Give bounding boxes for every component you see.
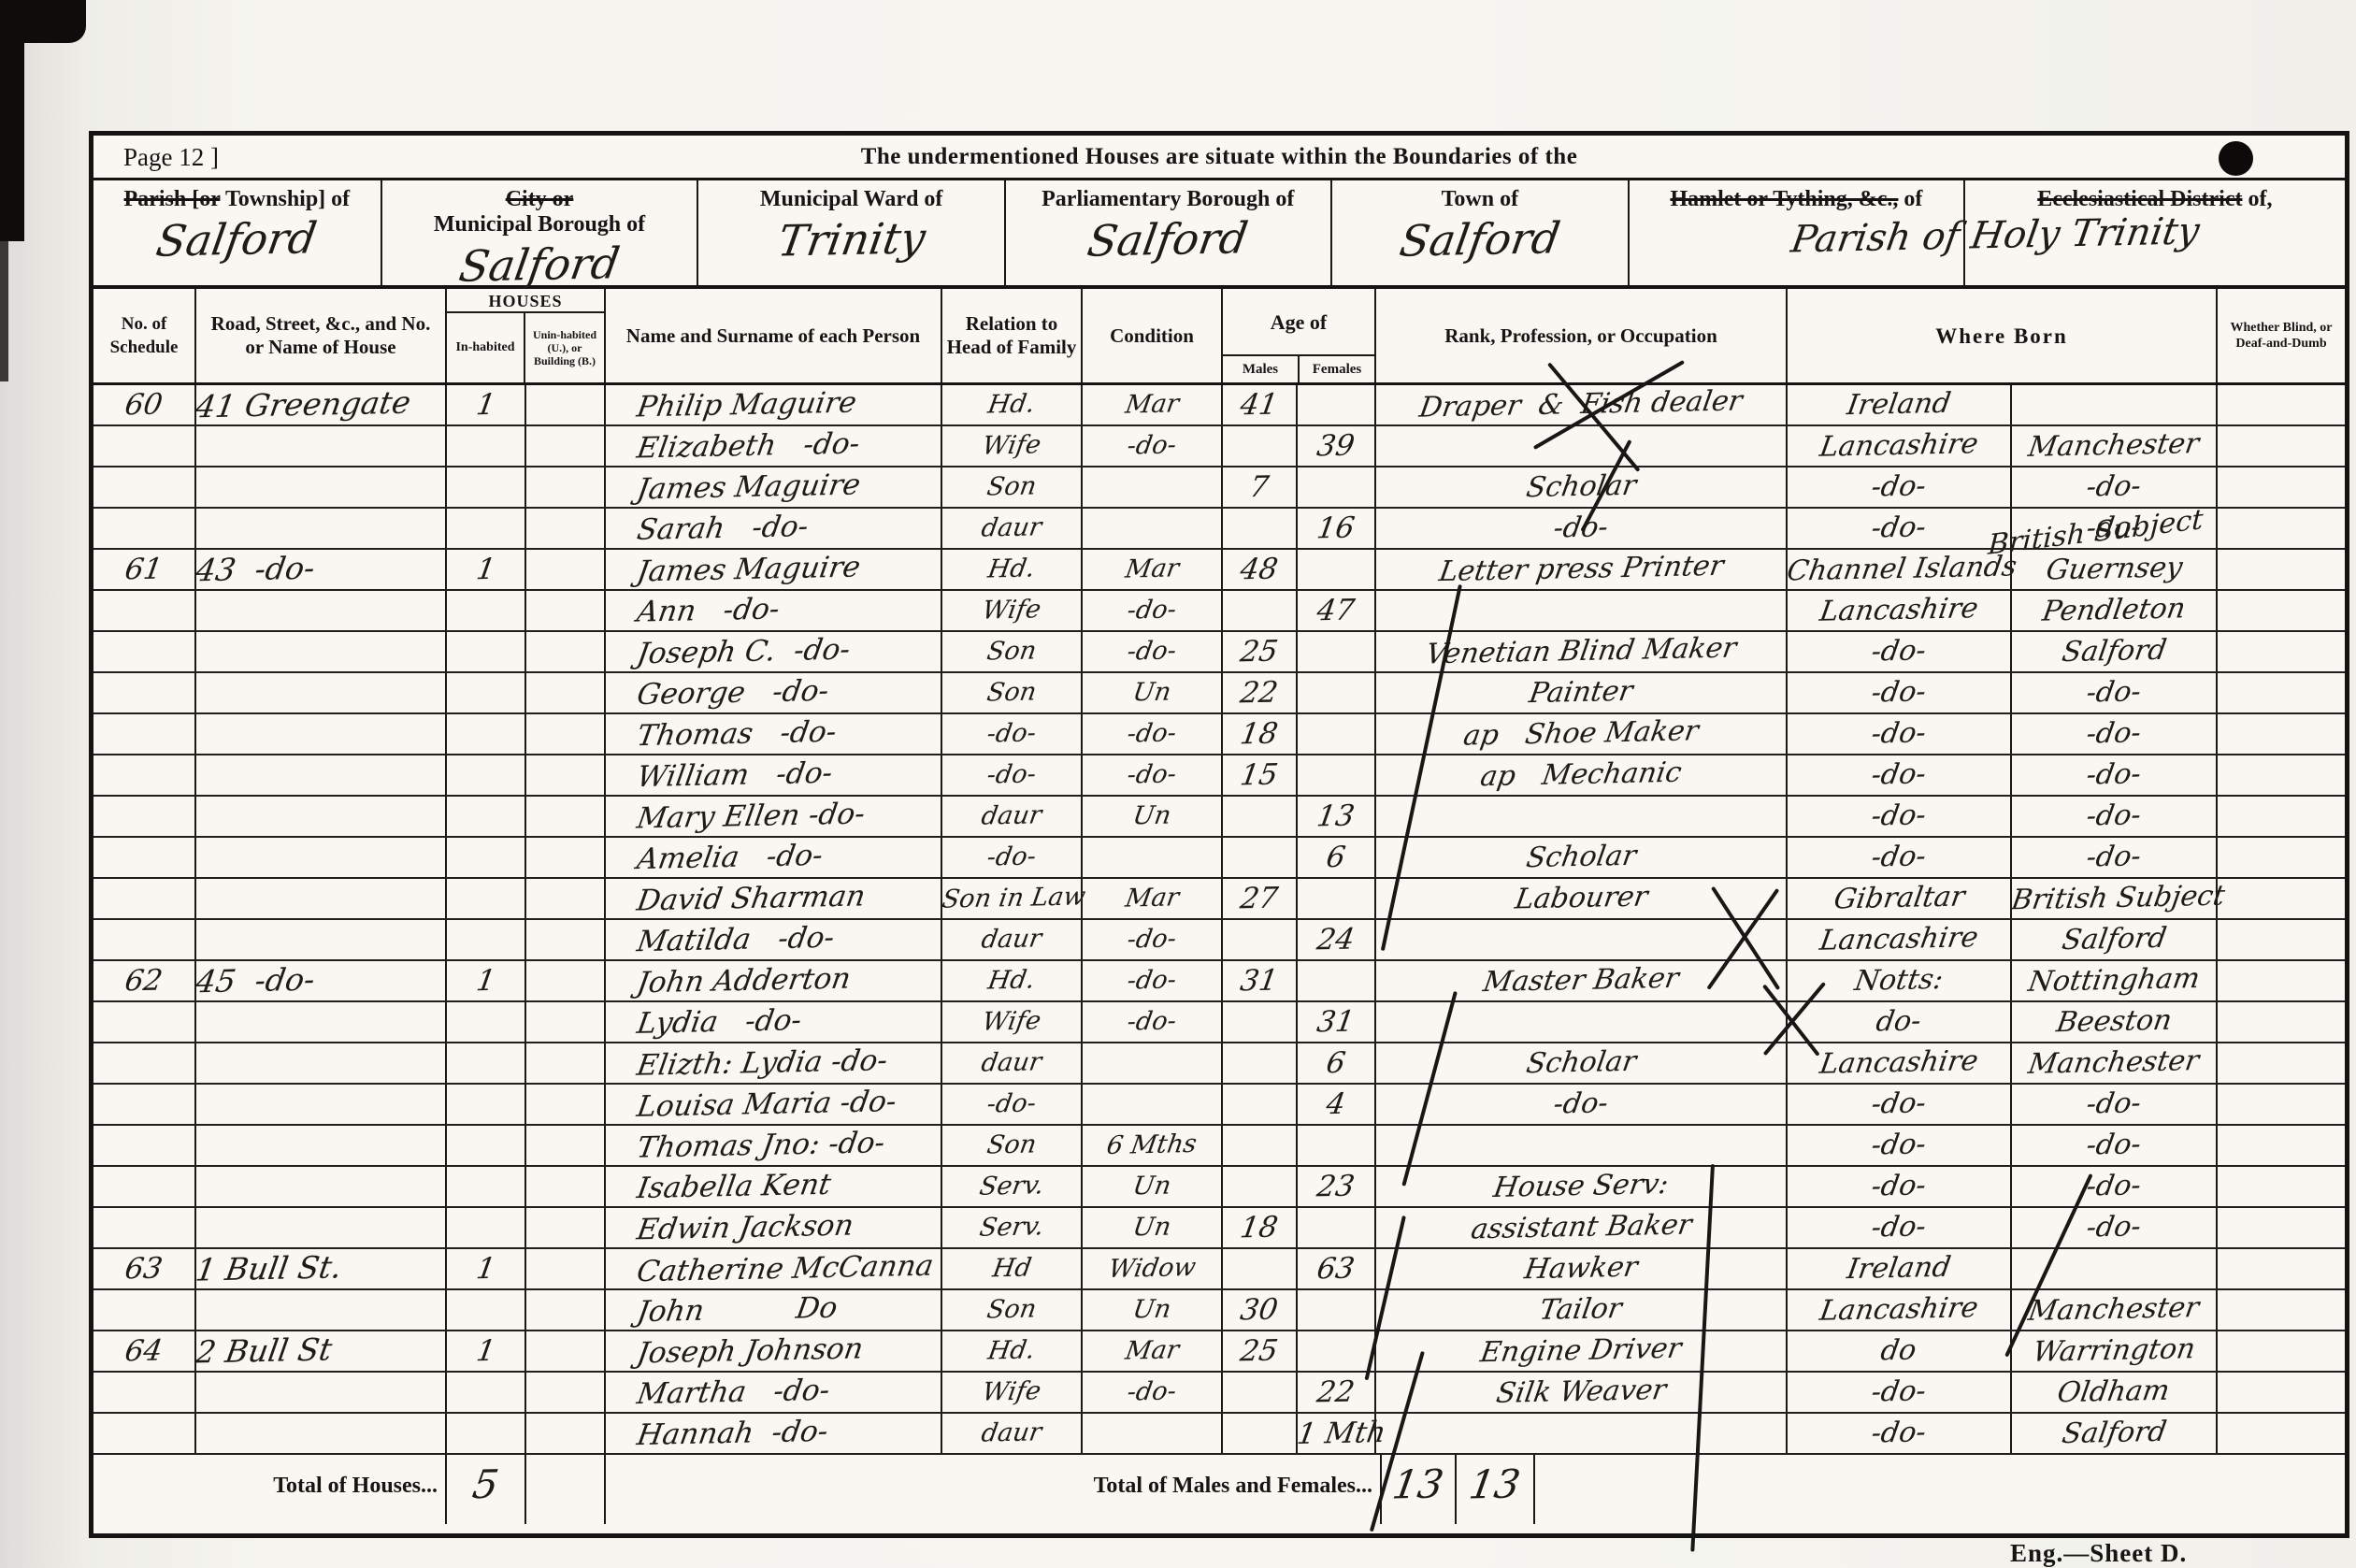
- male-age-cell: [1223, 1249, 1298, 1288]
- born-county-cell: Ireland: [1788, 385, 2012, 424]
- condition-cell: [1083, 1043, 1223, 1083]
- female-age-cell: [1298, 632, 1376, 671]
- blind-deaf-cell: [2218, 920, 2345, 959]
- uninhabited-cell: [526, 1043, 606, 1083]
- born-place-cell: Manchester: [2012, 426, 2218, 466]
- schedule-cell: [93, 714, 196, 754]
- table-row: James Maguire Son 7 Scholar -do- -do-: [93, 468, 2345, 509]
- relation-cell: Hd.: [942, 550, 1083, 589]
- uninhabited-cell: [526, 385, 606, 424]
- occupation-cell: Tailor: [1376, 1290, 1788, 1330]
- blind-deaf-cell: [2218, 1290, 2345, 1330]
- street-cell: [196, 838, 447, 877]
- name-cell: Louisa Maria -do-: [606, 1085, 942, 1124]
- district-borough: City orMunicipal Borough of Salford: [382, 180, 699, 285]
- col-where-born: Where Born: [1788, 289, 2218, 382]
- district-label: Hamlet or Tything, &c., of: [1630, 187, 1963, 212]
- table-row: William -do- -do- -do- 15 ap Mechanic -d…: [93, 755, 2345, 797]
- male-age-cell: [1223, 1043, 1298, 1083]
- name-cell: Ann -do-: [606, 591, 942, 630]
- condition-cell: -do-: [1083, 632, 1223, 671]
- totals-row: Total of Houses... 5 Total of Males and …: [93, 1455, 2345, 1524]
- name-cell: Edwin Jackson: [606, 1208, 942, 1247]
- houses-subcolumns: In-habited Unin-habited (U.), or Buildin…: [447, 313, 604, 382]
- blind-deaf-cell: [2218, 591, 2345, 630]
- condition-cell: Un: [1083, 797, 1223, 836]
- street-cell: 45 -do-: [196, 961, 447, 1000]
- table-row: 63 1 Bull St. 1 Catherine McCanna Hd Wid…: [93, 1249, 2345, 1290]
- blind-deaf-cell: [2218, 797, 2345, 836]
- born-place-cell: -do-: [2012, 1126, 2218, 1165]
- uninhabited-cell: [526, 1167, 606, 1206]
- total-females-value: 13: [1457, 1455, 1535, 1524]
- name-cell: John Adderton: [606, 961, 942, 1000]
- relation-cell: Wife: [942, 1002, 1083, 1042]
- table-row: Elizabeth -do- Wife -do- 39 Lancashire M…: [93, 426, 2345, 468]
- census-sheet: Page 12 ] The undermentioned Houses are …: [89, 131, 2349, 1538]
- occupation-cell: Hawker: [1376, 1249, 1788, 1288]
- born-place-cell: [2012, 385, 2218, 424]
- schedule-cell: [93, 1085, 196, 1124]
- female-age-cell: [1298, 961, 1376, 1000]
- born-place-cell: -do-: [2012, 673, 2218, 712]
- born-county-cell: Lancashire: [1788, 1290, 2012, 1330]
- male-age-cell: [1223, 509, 1298, 548]
- houses-label: HOUSES: [447, 289, 604, 313]
- male-age-cell: 48: [1223, 550, 1298, 589]
- condition-cell: Un: [1083, 1290, 1223, 1330]
- table-row: Louisa Maria -do- -do- 4 -do- -do- -do-: [93, 1085, 2345, 1126]
- inhabited-cell: [447, 1167, 526, 1206]
- female-age-cell: 16: [1298, 509, 1376, 548]
- uninhabited-cell: [526, 673, 606, 712]
- schedule-cell: 60: [93, 385, 196, 424]
- inhabited-cell: [447, 1414, 526, 1453]
- district-value: Salford: [382, 239, 697, 290]
- schedule-cell: [93, 591, 196, 630]
- name-cell: David Sharman: [606, 879, 942, 918]
- ink-blot: [2219, 141, 2253, 176]
- born-county-cell: -do-: [1788, 714, 2012, 754]
- born-place-cell: -do-: [2012, 468, 2218, 507]
- uninhabited-cell: [526, 591, 606, 630]
- blind-deaf-cell: [2218, 1331, 2345, 1371]
- table-row: 62 45 -do- 1 John Adderton Hd. -do- 31 M…: [93, 961, 2345, 1002]
- schedule-cell: [93, 1167, 196, 1206]
- schedule-cell: 63: [93, 1249, 196, 1288]
- table-row: David Sharman Son in Law Mar 27 Labourer…: [93, 879, 2345, 920]
- condition-cell: -do-: [1083, 591, 1223, 630]
- street-cell: [196, 797, 447, 836]
- occupation-cell: [1376, 1414, 1788, 1453]
- street-cell: 2 Bull St: [196, 1331, 447, 1371]
- name-cell: Lydia -do-: [606, 1002, 942, 1042]
- occupation-cell: ap Shoe Maker: [1376, 714, 1788, 754]
- female-age-cell: [1298, 1126, 1376, 1165]
- schedule-cell: [93, 1002, 196, 1042]
- district-value: Parish of Holy Trinity: [1965, 214, 2345, 257]
- name-cell: Elizabeth -do-: [606, 426, 942, 466]
- relation-cell: daur: [942, 797, 1083, 836]
- scan-corner-artifact: [0, 0, 86, 43]
- blind-deaf-cell: [2218, 755, 2345, 795]
- district-value: Salford: [93, 214, 381, 265]
- condition-cell: Mar: [1083, 1331, 1223, 1371]
- blind-deaf-cell: [2218, 468, 2345, 507]
- inhabited-cell: 1: [447, 385, 526, 424]
- inhabited-cell: [447, 797, 526, 836]
- male-age-cell: [1223, 838, 1298, 877]
- blind-deaf-cell: [2218, 385, 2345, 424]
- female-age-cell: 24: [1298, 920, 1376, 959]
- age-label: Age of: [1223, 289, 1374, 354]
- relation-cell: Son: [942, 468, 1083, 507]
- inhabited-cell: [447, 426, 526, 466]
- born-county-cell: -do-: [1788, 1208, 2012, 1247]
- street-cell: [196, 1002, 447, 1042]
- schedule-cell: [93, 1290, 196, 1330]
- blind-deaf-cell: [2218, 1414, 2345, 1453]
- female-age-cell: [1298, 1290, 1376, 1330]
- uninhabited-cell: [526, 426, 606, 466]
- name-cell: Hannah -do-: [606, 1414, 942, 1453]
- annotation-british-subject: British Subject: [1990, 516, 2202, 549]
- col-houses-group: HOUSES In-habited Unin-habited (U.), or …: [447, 289, 606, 382]
- inhabited-cell: 1: [447, 1249, 526, 1288]
- table-row: Joseph C. -do- Son -do- 25 Venetian Blin…: [93, 632, 2345, 673]
- male-age-cell: 7: [1223, 468, 1298, 507]
- street-cell: [196, 1126, 447, 1165]
- female-age-cell: [1298, 1208, 1376, 1247]
- female-age-cell: 63: [1298, 1249, 1376, 1288]
- relation-cell: Hd: [942, 1249, 1083, 1288]
- inhabited-cell: [447, 1126, 526, 1165]
- relation-cell: Serv.: [942, 1208, 1083, 1247]
- col-females: Females: [1300, 356, 1374, 382]
- inhabited-cell: 1: [447, 961, 526, 1000]
- uninhabited-cell: [526, 550, 606, 589]
- street-cell: [196, 426, 447, 466]
- born-place-cell: -do-: [2012, 838, 2218, 877]
- uninhabited-cell: [526, 1002, 606, 1042]
- occupation-cell: Silk Weaver: [1376, 1373, 1788, 1412]
- schedule-cell: [93, 1126, 196, 1165]
- condition-cell: -do-: [1083, 1002, 1223, 1042]
- born-county-cell: do-: [1788, 1002, 2012, 1042]
- street-cell: [196, 879, 447, 918]
- occupation-cell: [1376, 1002, 1788, 1042]
- born-county-cell: -do-: [1788, 838, 2012, 877]
- condition-cell: [1083, 1414, 1223, 1453]
- born-county-cell: Ireland: [1788, 1249, 2012, 1288]
- female-age-cell: 6: [1298, 838, 1376, 877]
- occupation-cell: ap Mechanic: [1376, 755, 1788, 795]
- born-county-cell: -do-: [1788, 1085, 2012, 1124]
- schedule-cell: [93, 673, 196, 712]
- table-row: 60 41 Greengate 1 Philip Maguire Hd. Mar…: [93, 385, 2345, 426]
- male-age-cell: 15: [1223, 755, 1298, 795]
- condition-cell: -do-: [1083, 920, 1223, 959]
- schedule-cell: [93, 632, 196, 671]
- street-cell: [196, 468, 447, 507]
- born-place-cell: Manchester: [2012, 1290, 2218, 1330]
- col-street: Road, Street, &c., and No. or Name of Ho…: [196, 289, 447, 382]
- name-cell: Thomas Jno: -do-: [606, 1126, 942, 1165]
- female-age-cell: 13: [1298, 797, 1376, 836]
- district-ward: Municipal Ward of Trinity: [698, 180, 1006, 285]
- name-cell: George -do-: [606, 673, 942, 712]
- female-age-cell: [1298, 468, 1376, 507]
- born-place-cell: -do-: [2012, 1208, 2218, 1247]
- total-males-females-label: Total of Males and Females...: [606, 1455, 1382, 1524]
- col-schedule: No. of Schedule: [93, 289, 196, 382]
- relation-cell: Hd.: [942, 961, 1083, 1000]
- street-cell: [196, 673, 447, 712]
- inhabited-cell: [447, 714, 526, 754]
- born-county-cell: Lancashire: [1788, 591, 2012, 630]
- relation-cell: Son: [942, 632, 1083, 671]
- col-males: Males: [1223, 356, 1300, 382]
- schedule-cell: [93, 509, 196, 548]
- table-row: Elizth: Lydia -do- daur 6 Scholar Lancas…: [93, 1043, 2345, 1085]
- col-occupation: Rank, Profession, or Occupation: [1376, 289, 1788, 382]
- street-cell: [196, 1085, 447, 1124]
- column-header-row: No. of Schedule Road, Street, &c., and N…: [93, 289, 2345, 385]
- relation-cell: Hd.: [942, 385, 1083, 424]
- street-cell: [196, 755, 447, 795]
- uninhabited-cell: [526, 1085, 606, 1124]
- occupation-cell: [1376, 797, 1788, 836]
- table-row: George -do- Son Un 22 Painter -do- -do-: [93, 673, 2345, 714]
- table-row: Matilda -do- daur -do- 24 Lancashire Sal…: [93, 920, 2345, 961]
- inhabited-cell: [447, 1373, 526, 1412]
- condition-cell: Widow: [1083, 1249, 1223, 1288]
- district-value: Salford: [1332, 214, 1629, 265]
- street-cell: [196, 1043, 447, 1083]
- occupation-cell: Letter press Printer: [1376, 550, 1788, 589]
- female-age-cell: [1298, 673, 1376, 712]
- relation-cell: Wife: [942, 591, 1083, 630]
- sheet-label: Eng.—Sheet D.: [2010, 1539, 2187, 1568]
- total-males-value: 13: [1382, 1455, 1457, 1524]
- born-place-cell: Oldham: [2012, 1373, 2218, 1412]
- col-uninhabited: Unin-habited (U.), or Building (B.): [525, 313, 604, 382]
- street-cell: [196, 632, 447, 671]
- street-cell: [196, 920, 447, 959]
- district-header-row: Parish [or Township] of Salford City orM…: [93, 180, 2345, 289]
- uninhabited-cell: [526, 714, 606, 754]
- uninhabited-cell: [526, 961, 606, 1000]
- blind-deaf-cell: [2218, 1208, 2345, 1247]
- street-cell: 41 Greengate: [196, 385, 447, 424]
- blind-deaf-cell: [2218, 961, 2345, 1000]
- district-ecclesiastical: Ecclesiastical District of, Parish of Ho…: [1965, 180, 2345, 285]
- blind-deaf-cell: [2218, 509, 2345, 548]
- totals-blank-area: [1535, 1455, 2345, 1524]
- inhabited-cell: [447, 838, 526, 877]
- blind-deaf-cell: [2218, 632, 2345, 671]
- male-age-cell: [1223, 1373, 1298, 1412]
- relation-cell: Serv.: [942, 1167, 1083, 1206]
- born-county-cell: -do-: [1788, 797, 2012, 836]
- name-cell: James Maguire: [606, 468, 942, 507]
- born-county-cell: Lancashire: [1788, 920, 2012, 959]
- name-cell: William -do-: [606, 755, 942, 795]
- condition-cell: -do-: [1083, 1373, 1223, 1412]
- inhabited-cell: [447, 1290, 526, 1330]
- condition-cell: [1083, 509, 1223, 548]
- born-place-cell: Pendleton: [2012, 591, 2218, 630]
- condition-cell: Un: [1083, 1208, 1223, 1247]
- relation-cell: Wife: [942, 426, 1083, 466]
- blind-deaf-cell: [2218, 426, 2345, 466]
- district-parish: Parish [or Township] of Salford: [93, 180, 382, 285]
- occupation-cell: assistant Baker: [1376, 1208, 1788, 1247]
- table-row: Lydia -do- Wife -do- 31 do- Beeston: [93, 1002, 2345, 1043]
- female-age-cell: 23: [1298, 1167, 1376, 1206]
- inhabited-cell: [447, 673, 526, 712]
- banner-title: The undermentioned Houses are situate wi…: [93, 144, 2345, 170]
- district-parliamentary: Parliamentary Borough of Salford: [1006, 180, 1332, 285]
- born-place-cell: Salford: [2012, 632, 2218, 671]
- name-cell: Martha -do-: [606, 1373, 942, 1412]
- female-age-cell: 6: [1298, 1043, 1376, 1083]
- inhabited-cell: [447, 1002, 526, 1042]
- table-row: Thomas -do- -do- -do- 18 ap Shoe Maker -…: [93, 714, 2345, 755]
- total-houses-value: 5: [447, 1455, 526, 1524]
- relation-cell: Son: [942, 1126, 1083, 1165]
- schedule-cell: 64: [93, 1331, 196, 1371]
- schedule-cell: [93, 468, 196, 507]
- district-label: Municipal Ward of: [698, 187, 1004, 212]
- col-age-group: Age of Males Females: [1223, 289, 1376, 382]
- schedule-cell: [93, 755, 196, 795]
- condition-cell: [1083, 1085, 1223, 1124]
- born-county-cell: Notts:: [1788, 961, 2012, 1000]
- born-place-cell: Beeston: [2012, 1002, 2218, 1042]
- header-row: Page 12 ] The undermentioned Houses are …: [93, 136, 2345, 180]
- male-age-cell: [1223, 920, 1298, 959]
- born-place-cell: Guernsey: [2012, 550, 2218, 589]
- table-row: Edwin Jackson Serv. Un 18 assistant Bake…: [93, 1208, 2345, 1249]
- inhabited-cell: [447, 879, 526, 918]
- born-place-cell: -do-: [2012, 755, 2218, 795]
- table-row: Isabella Kent Serv. Un 23 House Serv: -d…: [93, 1167, 2345, 1208]
- condition-cell: [1083, 468, 1223, 507]
- name-cell: Amelia -do-: [606, 838, 942, 877]
- street-cell: [196, 714, 447, 754]
- born-place-cell: British Subject: [2012, 879, 2218, 918]
- born-county-cell: -do-: [1788, 1167, 2012, 1206]
- district-value: Trinity: [698, 214, 1004, 265]
- male-age-cell: 18: [1223, 1208, 1298, 1247]
- schedule-cell: [93, 1373, 196, 1412]
- born-county-cell: -do-: [1788, 1414, 2012, 1453]
- male-age-cell: 18: [1223, 714, 1298, 754]
- name-cell: John Do: [606, 1290, 942, 1330]
- street-cell: [196, 1208, 447, 1247]
- district-town: Town of Salford: [1332, 180, 1631, 285]
- born-place-cell: Salford: [2012, 1414, 2218, 1453]
- inhabited-cell: [447, 591, 526, 630]
- name-cell: Joseph C. -do-: [606, 632, 942, 671]
- inhabited-cell: [447, 1043, 526, 1083]
- street-cell: 43 -do-: [196, 550, 447, 589]
- male-age-cell: [1223, 1085, 1298, 1124]
- born-county-cell: -do-: [1788, 468, 2012, 507]
- table-row: Amelia -do- -do- 6 Scholar -do- -do-: [93, 838, 2345, 879]
- name-cell: Sarah -do-: [606, 509, 942, 548]
- blind-deaf-cell: [2218, 1085, 2345, 1124]
- relation-cell: Hd.: [942, 1331, 1083, 1371]
- female-age-cell: [1298, 385, 1376, 424]
- total-uninhabited-value: [526, 1455, 606, 1524]
- born-county-cell: -do-: [1788, 755, 2012, 795]
- occupation-cell: Scholar: [1376, 468, 1788, 507]
- female-age-cell: [1298, 755, 1376, 795]
- street-cell: [196, 591, 447, 630]
- born-place-cell: -do-: [2012, 714, 2218, 754]
- born-place-cell: -do-: [2012, 1085, 2218, 1124]
- name-cell: James Maguire: [606, 550, 942, 589]
- born-place-cell: Manchester: [2012, 1043, 2218, 1083]
- male-age-cell: [1223, 426, 1298, 466]
- street-cell: 1 Bull St.: [196, 1249, 447, 1288]
- uninhabited-cell: [526, 797, 606, 836]
- relation-cell: Son in Law: [942, 879, 1083, 918]
- name-cell: Catherine McCanna: [606, 1249, 942, 1288]
- female-age-cell: [1298, 1331, 1376, 1371]
- col-name: Name and Surname of each Person: [606, 289, 942, 382]
- inhabited-cell: [447, 632, 526, 671]
- condition-cell: -do-: [1083, 426, 1223, 466]
- relation-cell: daur: [942, 1043, 1083, 1083]
- born-county-cell: Gibraltar: [1788, 879, 2012, 918]
- street-cell: [196, 1167, 447, 1206]
- born-county-cell: Channel Islands: [1788, 550, 2012, 589]
- name-cell: Joseph Johnson: [606, 1331, 942, 1371]
- schedule-cell: [93, 1208, 196, 1247]
- male-age-cell: [1223, 1167, 1298, 1206]
- uninhabited-cell: [526, 755, 606, 795]
- female-age-cell: [1298, 879, 1376, 918]
- inhabited-cell: [447, 920, 526, 959]
- name-cell: Philip Maguire: [606, 385, 942, 424]
- district-label: Ecclesiastical District of,: [1965, 187, 2345, 212]
- born-county-cell: -do-: [1788, 1373, 2012, 1412]
- relation-cell: daur: [942, 920, 1083, 959]
- female-age-cell: [1298, 550, 1376, 589]
- district-label: Parliamentary Borough of: [1006, 187, 1330, 212]
- born-place-cell: Salford: [2012, 920, 2218, 959]
- female-age-cell: [1298, 714, 1376, 754]
- uninhabited-cell: [526, 838, 606, 877]
- uninhabited-cell: [526, 1373, 606, 1412]
- uninhabited-cell: [526, 1414, 606, 1453]
- occupation-cell: -do-: [1376, 1085, 1788, 1124]
- blind-deaf-cell: [2218, 673, 2345, 712]
- schedule-cell: [93, 426, 196, 466]
- inhabited-cell: 1: [447, 550, 526, 589]
- born-place-cell: Nottingham: [2012, 961, 2218, 1000]
- inhabited-cell: [447, 1208, 526, 1247]
- schedule-cell: [93, 879, 196, 918]
- name-cell: Isabella Kent: [606, 1167, 942, 1206]
- condition-cell: -do-: [1083, 961, 1223, 1000]
- relation-cell: Son: [942, 1290, 1083, 1330]
- uninhabited-cell: [526, 468, 606, 507]
- male-age-cell: 30: [1223, 1290, 1298, 1330]
